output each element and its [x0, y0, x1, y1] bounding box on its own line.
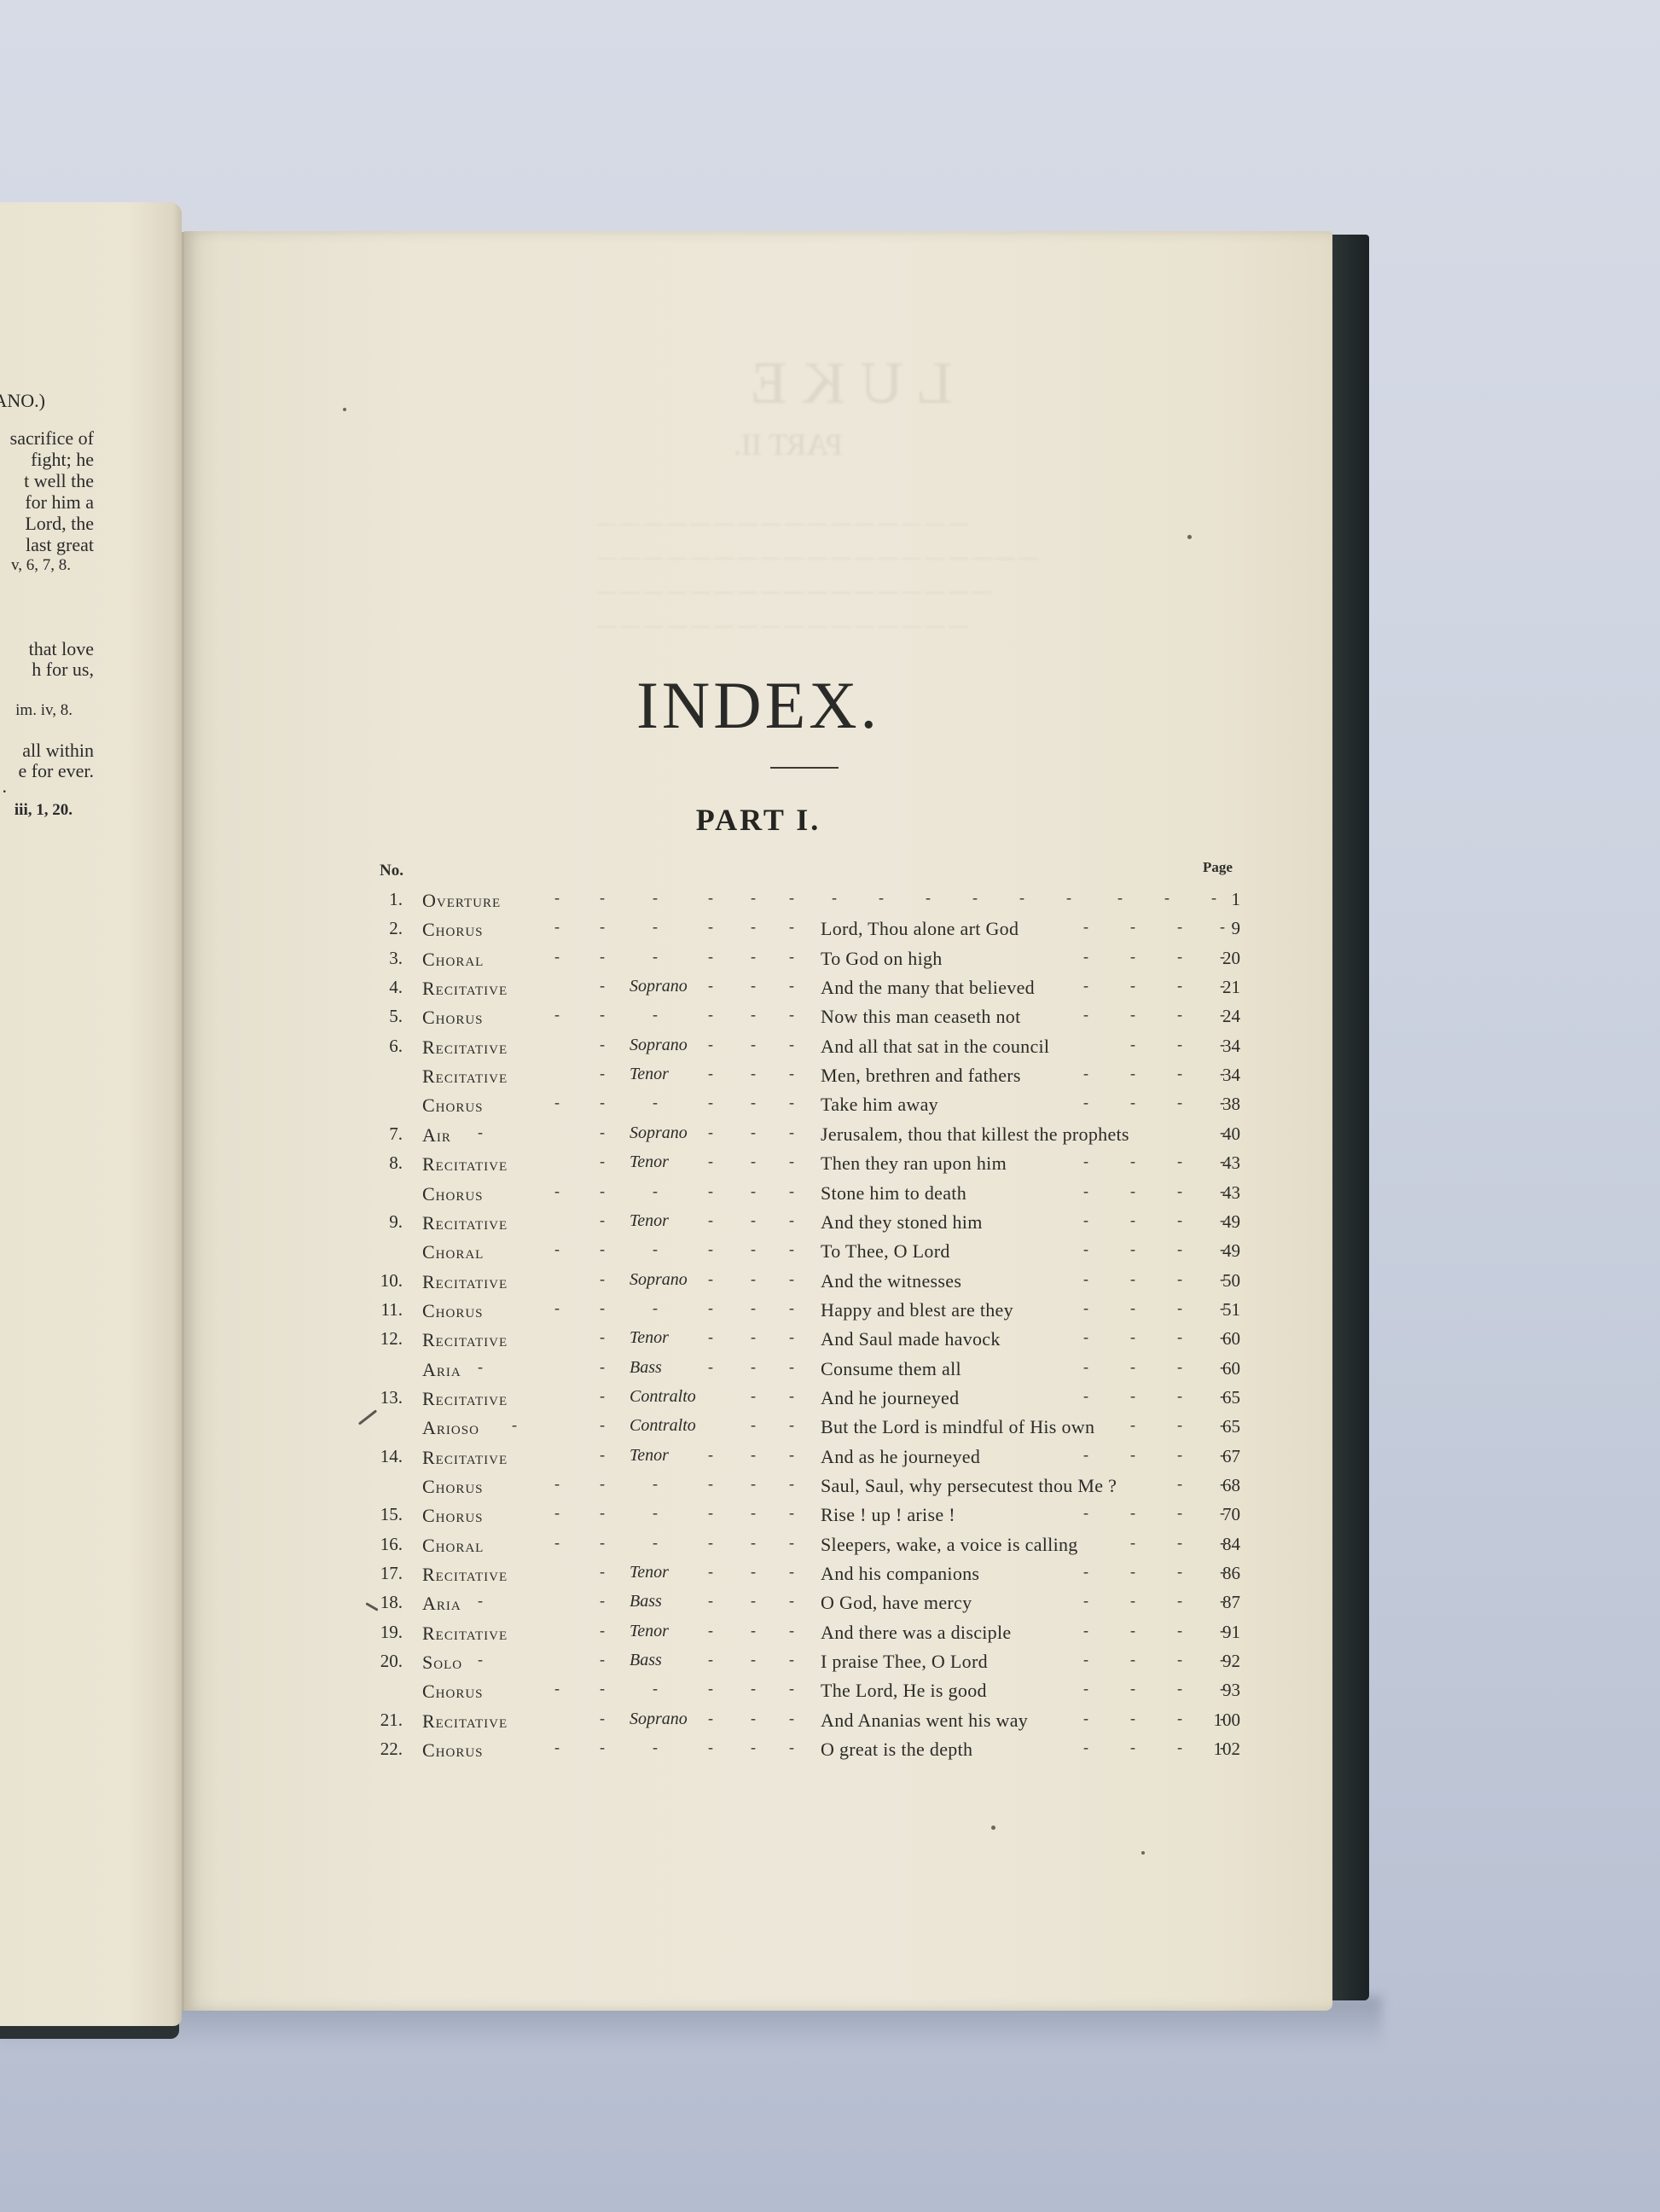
entry-page: 34	[1222, 1065, 1240, 1086]
leader-dash: -	[708, 1006, 713, 1024]
entry-number: 20.	[380, 1651, 403, 1672]
entry-voice: Soprano	[630, 1036, 688, 1055]
leader-dash: -	[1220, 1446, 1225, 1464]
entry-voice: Tenor	[630, 1328, 669, 1348]
leader-dash: -	[789, 1710, 794, 1727]
leader-dash: -	[751, 918, 756, 936]
leader-dash: -	[600, 1094, 605, 1112]
leader-dash: -	[1177, 1446, 1182, 1464]
leader-dash: -	[832, 889, 837, 907]
leader-dash: -	[554, 1006, 560, 1024]
leader-dash: -	[1177, 1416, 1182, 1434]
leader-dash: -	[789, 1387, 794, 1405]
entry-voice: Tenor	[630, 1152, 669, 1172]
left-line: ANO.)	[0, 390, 45, 411]
table-row: Chorus The Lord, He is good 93 ---------…	[0, 1676, 1660, 1705]
table-row: Chorus Saul, Saul, why persecutest thou …	[0, 1472, 1660, 1501]
leader-dash: -	[600, 1416, 605, 1434]
leader-dash: -	[1177, 1152, 1182, 1170]
entry-voice: Soprano	[630, 1270, 688, 1290]
leader-dash: -	[708, 1328, 713, 1346]
leader-dash: -	[789, 918, 794, 936]
leader-dash: -	[789, 1475, 794, 1493]
leader-dash: -	[879, 889, 884, 907]
leader-dash: -	[600, 1563, 605, 1581]
leader-dash: -	[1177, 1651, 1182, 1669]
leader-dash: -	[1130, 918, 1135, 936]
leader-dash: -	[1177, 1475, 1182, 1493]
left-line: e for ever.	[18, 760, 94, 781]
leader-dash: -	[1177, 1387, 1182, 1405]
entry-voice: Soprano	[630, 1710, 688, 1729]
leader-dash: -	[1130, 1710, 1135, 1727]
entry-title: I praise Thee, O Lord	[821, 1651, 988, 1673]
leader-dash: -	[600, 1358, 605, 1376]
entry-type: Recitative	[422, 1388, 508, 1410]
leader-dash: -	[1220, 1416, 1225, 1434]
entry-title: And the many that believed	[821, 977, 1035, 999]
entry-title: O God, have mercy	[821, 1592, 972, 1614]
entry-type: Recitative	[422, 1212, 508, 1234]
leader-dash: -	[653, 1534, 658, 1552]
leader-dash: -	[1083, 977, 1088, 995]
leader-dash: -	[1130, 1446, 1135, 1464]
leader-dash: -	[1130, 1065, 1135, 1083]
entry-page: 70	[1222, 1504, 1240, 1525]
leader-dash: -	[512, 1416, 517, 1434]
entry-voice: Tenor	[630, 1563, 669, 1582]
leader-dash: -	[600, 1739, 605, 1756]
leader-dash: -	[1130, 1622, 1135, 1640]
leader-dash: -	[600, 1036, 605, 1054]
leader-dash: -	[751, 1504, 756, 1522]
leader-dash: -	[1130, 1036, 1135, 1054]
entry-title: And all that sat in the council	[821, 1036, 1049, 1058]
entry-number: 12.	[380, 1328, 403, 1350]
left-line: .	[3, 775, 8, 797]
leader-dash: -	[751, 1622, 756, 1640]
entry-page: 86	[1222, 1563, 1240, 1584]
leader-dash: -	[751, 1358, 756, 1376]
leader-dash: -	[1177, 1299, 1182, 1317]
leader-dash: -	[600, 1240, 605, 1258]
table-row: 16. Choral Sleepers, wake, a voice is ca…	[0, 1530, 1660, 1559]
leader-dash: -	[1177, 1622, 1182, 1640]
leader-dash: -	[1083, 918, 1088, 936]
leader-dash: -	[789, 1739, 794, 1756]
entry-type: Recitative	[422, 1329, 508, 1351]
leader-dash: -	[708, 1123, 713, 1141]
table-row: 7. Air Soprano Jerusalem, thou that kill…	[0, 1120, 1660, 1149]
entry-voice: Soprano	[630, 977, 688, 996]
leader-dash: -	[751, 977, 756, 995]
entry-number: 1.	[389, 889, 403, 910]
leader-dash: -	[1220, 977, 1225, 995]
leader-dash: -	[1220, 1475, 1225, 1493]
table-row: 17. Recitative Tenor And his companions …	[0, 1559, 1660, 1588]
leader-dash: -	[600, 1211, 605, 1229]
leader-dash: -	[653, 1240, 658, 1258]
entry-title: And his companions	[821, 1563, 979, 1585]
leader-dash: -	[789, 1651, 794, 1669]
table-row: 13. Recitative Contralto And he journeye…	[0, 1384, 1660, 1413]
entry-page: 43	[1222, 1152, 1240, 1174]
table-row: 5. Chorus Now this man ceaseth not 24 --…	[0, 1002, 1660, 1031]
leader-dash: -	[708, 1211, 713, 1229]
leader-dash: -	[653, 889, 658, 907]
show-through-text: — — — — — — — — — — — — — — — —	[597, 512, 968, 534]
entry-type: Recitative	[422, 1447, 508, 1469]
leader-dash: -	[751, 1182, 756, 1200]
paper-speck	[1141, 1851, 1145, 1855]
leader-dash: -	[751, 1211, 756, 1229]
leader-dash: -	[1066, 889, 1071, 907]
leader-dash: -	[1177, 1710, 1182, 1727]
leader-dash: -	[1220, 1006, 1225, 1024]
leader-dash: -	[1083, 1446, 1088, 1464]
leader-dash: -	[653, 1739, 658, 1756]
leader-dash: -	[1083, 948, 1088, 966]
entry-title: Then they ran upon him	[821, 1152, 1007, 1175]
leader-dash: -	[751, 1387, 756, 1405]
entry-page: 91	[1222, 1622, 1240, 1643]
leader-dash: -	[600, 1504, 605, 1522]
title-rule	[770, 767, 839, 769]
entry-number: 14.	[380, 1446, 403, 1467]
leader-dash: -	[708, 1680, 713, 1698]
leader-dash: -	[554, 1680, 560, 1698]
leader-dash: -	[1220, 1182, 1225, 1200]
leader-dash: -	[1083, 1299, 1088, 1317]
leader-dash: -	[554, 948, 560, 966]
leader-dash: -	[600, 1270, 605, 1288]
leader-dash: -	[1220, 1065, 1225, 1083]
leader-dash: -	[600, 1710, 605, 1727]
left-line: for him a	[25, 491, 94, 513]
entry-voice: Tenor	[630, 1446, 669, 1466]
leader-dash: -	[926, 889, 931, 907]
entry-page: 65	[1222, 1416, 1240, 1437]
leader-dash: -	[1019, 889, 1024, 907]
entry-type: Recitative	[422, 1153, 508, 1176]
entry-page: 38	[1222, 1094, 1240, 1115]
leader-dash: -	[1220, 1152, 1225, 1170]
leader-dash: -	[1083, 1328, 1088, 1346]
entry-page: 60	[1222, 1358, 1240, 1379]
leader-dash: -	[708, 1710, 713, 1727]
leader-dash: -	[751, 1446, 756, 1464]
paper-speck	[1187, 535, 1192, 539]
table-row: Aria Bass Consume them all 60 ---------	[0, 1355, 1660, 1384]
leader-dash: -	[789, 1592, 794, 1610]
left-line: im. iv, 8.	[15, 700, 73, 721]
entry-type: Chorus	[422, 1300, 484, 1322]
leader-dash: -	[708, 1504, 713, 1522]
leader-dash: -	[653, 1680, 658, 1698]
entry-number: 19.	[380, 1622, 403, 1643]
entry-title: Rise ! up ! arise !	[821, 1504, 955, 1526]
entry-number: 15.	[380, 1504, 403, 1525]
leader-dash: -	[708, 948, 713, 966]
leader-dash: -	[600, 1622, 605, 1640]
entry-title: Consume them all	[821, 1358, 961, 1380]
leader-dash: -	[1130, 1534, 1135, 1552]
leader-dash: -	[1130, 1240, 1135, 1258]
entry-number: 4.	[389, 977, 403, 998]
table-row: 8. Recitative Tenor Then they ran upon h…	[0, 1149, 1660, 1178]
leader-dash: -	[600, 1065, 605, 1083]
left-line: that love	[29, 638, 94, 659]
leader-dash: -	[708, 1446, 713, 1464]
entry-title: And as he journeyed	[821, 1446, 980, 1468]
leader-dash: -	[789, 1006, 794, 1024]
leader-dash: -	[600, 948, 605, 966]
entry-page: 102	[1214, 1739, 1241, 1760]
table-row: 10. Recitative Soprano And the witnesses…	[0, 1267, 1660, 1296]
leader-dash: -	[1220, 1328, 1225, 1346]
entry-title: To Thee, O Lord	[821, 1240, 950, 1263]
leader-dash: -	[789, 1211, 794, 1229]
leader-dash: -	[751, 1270, 756, 1288]
table-row: 19. Recitative Tenor And there was a dis…	[0, 1618, 1660, 1647]
entry-type: Chorus	[422, 1739, 484, 1762]
leader-dash: -	[708, 1270, 713, 1288]
entry-type: Solo	[422, 1652, 462, 1674]
leader-dash: -	[1083, 1094, 1088, 1112]
leader-dash: -	[789, 1416, 794, 1434]
leader-dash: -	[789, 1152, 794, 1170]
leader-dash: -	[1083, 1680, 1088, 1698]
table-row: 1. Overture 1 ---------------	[0, 885, 1660, 914]
entry-type: Chorus	[422, 1183, 484, 1205]
leader-dash: -	[1177, 1358, 1182, 1376]
leader-dash: -	[1177, 977, 1182, 995]
leader-dash: -	[751, 948, 756, 966]
leader-dash: -	[789, 1270, 794, 1288]
leader-dash: -	[789, 948, 794, 966]
leader-dash: -	[1220, 1739, 1225, 1756]
left-line: iii, 1, 20.	[15, 799, 73, 821]
entry-number: 6.	[389, 1036, 403, 1057]
table-row: 18. Aria Bass O God, have mercy 87 -----…	[0, 1588, 1660, 1617]
entry-type: Recitative	[422, 1710, 508, 1733]
leader-dash: -	[751, 1651, 756, 1669]
leader-dash: -	[751, 1534, 756, 1552]
paper-speck	[343, 408, 346, 411]
leader-dash: -	[653, 1299, 658, 1317]
leader-dash: -	[1177, 1182, 1182, 1200]
entry-voice: Contralto	[630, 1387, 696, 1407]
entry-page: 49	[1222, 1240, 1240, 1262]
entry-title: Saul, Saul, why persecutest thou Me ?	[821, 1475, 1117, 1497]
entry-title: The Lord, He is good	[821, 1680, 987, 1702]
leader-dash: -	[554, 1240, 560, 1258]
entry-type: Recitative	[422, 1065, 508, 1088]
leader-dash: -	[1177, 1504, 1182, 1522]
table-row: Arioso Contralto But the Lord is mindful…	[0, 1413, 1660, 1442]
entry-number: 22.	[380, 1739, 403, 1760]
entry-voice: Tenor	[630, 1211, 669, 1231]
entry-page: 34	[1222, 1036, 1240, 1057]
leader-dash: -	[1130, 1739, 1135, 1756]
table-row: 2. Chorus Lord, Thou alone art God 9 ---…	[0, 914, 1660, 943]
leader-dash: -	[1220, 1358, 1225, 1376]
entry-title: And Ananias went his way	[821, 1710, 1028, 1732]
left-line: sacrifice of	[10, 427, 94, 449]
leader-dash: -	[1130, 1182, 1135, 1200]
entry-number: 8.	[389, 1152, 403, 1174]
leader-dash: -	[751, 1006, 756, 1024]
table-row: 20. Solo Bass I praise Thee, O Lord 92 -…	[0, 1647, 1660, 1676]
leader-dash: -	[1083, 1358, 1088, 1376]
table-row: 12. Recitative Tenor And Saul made havoc…	[0, 1325, 1660, 1354]
entry-page: 43	[1222, 1182, 1240, 1204]
leader-dash: -	[751, 1123, 756, 1141]
leader-dash: -	[1130, 1651, 1135, 1669]
entry-title: Take him away	[821, 1094, 938, 1116]
leader-dash: -	[1083, 1270, 1088, 1288]
leader-dash: -	[554, 918, 560, 936]
entry-title: But the Lord is mindful of His own	[821, 1416, 1094, 1438]
leader-dash: -	[1220, 1680, 1225, 1698]
table-row: Choral To Thee, O Lord 49 ----------	[0, 1237, 1660, 1266]
entry-type: Choral	[422, 1535, 484, 1557]
leader-dash: -	[554, 1299, 560, 1317]
leader-dash: -	[1117, 889, 1123, 907]
column-header-page: Page	[1203, 859, 1233, 876]
leader-dash: -	[1177, 1211, 1182, 1229]
leader-dash: -	[1083, 1651, 1088, 1669]
leader-dash: -	[789, 1123, 794, 1141]
leader-dash: -	[1083, 1065, 1088, 1083]
leader-dash: -	[708, 1094, 713, 1112]
entry-type: Recitative	[422, 1036, 508, 1059]
entry-voice: Contralto	[630, 1416, 696, 1436]
leader-dash: -	[600, 1592, 605, 1610]
entry-number: 3.	[389, 948, 403, 969]
leader-dash: -	[1130, 1504, 1135, 1522]
leader-dash: -	[1130, 1270, 1135, 1288]
leader-dash: -	[478, 1358, 483, 1376]
leader-dash: -	[1220, 1299, 1225, 1317]
leader-dash: -	[478, 1123, 483, 1141]
leader-dash: -	[789, 1680, 794, 1698]
entry-title: And they stoned him	[821, 1211, 983, 1234]
leader-dash: -	[554, 889, 560, 907]
leader-dash: -	[1130, 1680, 1135, 1698]
entry-title: Happy and blest are they	[821, 1299, 1013, 1321]
leader-dash: -	[1220, 1563, 1225, 1581]
left-line: fight; he	[31, 449, 94, 470]
entry-type: Overture	[422, 890, 501, 912]
leader-dash: -	[600, 1534, 605, 1552]
leader-dash: -	[600, 1006, 605, 1024]
leader-dash: -	[554, 1475, 560, 1493]
entry-number: 10.	[380, 1270, 403, 1292]
leader-dash: -	[1083, 1592, 1088, 1610]
paper-speck	[991, 1826, 995, 1830]
entry-page: 67	[1222, 1446, 1240, 1467]
entry-number: 16.	[380, 1534, 403, 1555]
leader-dash: -	[1083, 1710, 1088, 1727]
entry-number: 13.	[380, 1387, 403, 1408]
show-through-text: — — — — — — — — — — — — — — — — — — —	[597, 546, 1038, 568]
leader-dash: -	[1177, 1563, 1182, 1581]
leader-dash: -	[653, 918, 658, 936]
leader-dash: -	[1083, 1211, 1088, 1229]
leader-dash: -	[1220, 1504, 1225, 1522]
leader-dash: -	[708, 1036, 713, 1054]
entry-type: Chorus	[422, 1094, 484, 1117]
entry-title: Now this man ceaseth not	[821, 1006, 1020, 1028]
entry-page: 21	[1222, 977, 1240, 998]
leader-dash: -	[600, 889, 605, 907]
leader-dash: -	[1083, 1563, 1088, 1581]
leader-dash: -	[1220, 1651, 1225, 1669]
leader-dash: -	[789, 1240, 794, 1258]
entry-number: 2.	[389, 918, 403, 939]
entry-voice: Bass	[630, 1651, 662, 1670]
show-through-text: — — — — — — — — — — — — — — — —	[597, 614, 968, 636]
leader-dash: -	[751, 1328, 756, 1346]
entry-title: To God on high	[821, 948, 943, 970]
leader-dash: -	[1177, 1592, 1182, 1610]
leader-dash: -	[1130, 1416, 1135, 1434]
leader-dash: -	[789, 1358, 794, 1376]
leader-dash: -	[600, 918, 605, 936]
entry-page: 65	[1222, 1387, 1240, 1408]
leader-dash: -	[1177, 1534, 1182, 1552]
leader-dash: -	[554, 1739, 560, 1756]
leader-dash: -	[708, 1651, 713, 1669]
entry-number: 21.	[380, 1710, 403, 1731]
entry-number: 17.	[380, 1563, 403, 1584]
leader-dash: -	[600, 1446, 605, 1464]
entry-voice: Tenor	[630, 1622, 669, 1641]
leader-dash: -	[789, 1446, 794, 1464]
leader-dash: -	[1083, 1152, 1088, 1170]
entry-page: 9	[1232, 918, 1241, 939]
entry-type: Chorus	[422, 1505, 484, 1527]
entry-page: 92	[1222, 1651, 1240, 1672]
entry-title: And he journeyed	[821, 1387, 959, 1409]
entry-page: 87	[1222, 1592, 1240, 1613]
entry-page: 93	[1222, 1680, 1240, 1701]
leader-dash: -	[708, 1152, 713, 1170]
left-line: last great	[26, 534, 94, 555]
leader-dash: -	[1177, 1006, 1182, 1024]
leader-dash: -	[708, 1739, 713, 1756]
entry-number: 7.	[389, 1123, 403, 1145]
leader-dash: -	[708, 1475, 713, 1493]
leader-dash: -	[1083, 1504, 1088, 1522]
entry-number: 18.	[380, 1592, 403, 1613]
leader-dash: -	[1220, 1534, 1225, 1552]
leader-dash: -	[600, 1328, 605, 1346]
leader-dash: -	[789, 1182, 794, 1200]
leader-dash: -	[789, 1563, 794, 1581]
leader-dash: -	[1220, 948, 1225, 966]
leader-dash: -	[1130, 948, 1135, 966]
table-row: 15. Chorus Rise ! up ! arise ! 70 ------…	[0, 1501, 1660, 1530]
entry-type: Choral	[422, 1241, 484, 1263]
leader-dash: -	[1177, 1328, 1182, 1346]
leader-dash: -	[1177, 1270, 1182, 1288]
entry-type: Aria	[422, 1359, 461, 1381]
leader-dash: -	[1130, 1387, 1135, 1405]
leader-dash: -	[751, 889, 756, 907]
leader-dash: -	[1130, 1358, 1135, 1376]
